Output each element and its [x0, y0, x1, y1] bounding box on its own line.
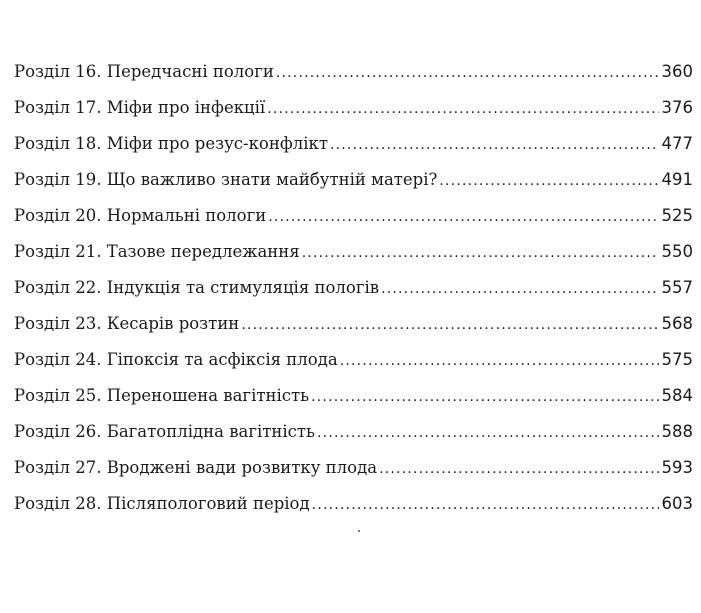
toc-entry: Розділ 28. Післяпологовий період 603 — [14, 490, 693, 526]
toc-page-number: 525 — [659, 202, 694, 230]
toc-page-number: 593 — [659, 454, 694, 482]
toc-entry-title: Розділ 26. Багатоплідна вагітність — [14, 418, 317, 446]
toc-entry: Розділ 17. Міфи про інфекції 376 — [14, 94, 693, 130]
table-of-contents: Розділ 16. Передчасні пологи 360 Розділ … — [14, 58, 693, 526]
toc-entry-title: Розділ 22. Індукція та стимуляція пологі… — [14, 274, 381, 302]
toc-page-number: 557 — [659, 274, 694, 302]
dot-leader — [379, 455, 658, 483]
toc-entry: Розділ 16. Передчасні пологи 360 — [14, 58, 693, 94]
toc-entry: Розділ 22. Індукція та стимуляція пологі… — [14, 274, 693, 310]
scan-speck — [358, 530, 360, 532]
dot-leader — [241, 311, 658, 339]
toc-entry-title: Розділ 16. Передчасні пологи — [14, 58, 276, 86]
toc-entry-title: Розділ 28. Післяпологовий період — [14, 490, 312, 518]
toc-page-number: 477 — [659, 130, 694, 158]
toc-page-number: 376 — [659, 94, 694, 122]
dot-leader — [276, 59, 659, 87]
dot-leader — [340, 347, 659, 375]
dot-leader — [381, 275, 658, 303]
dot-leader — [268, 203, 658, 231]
toc-entry-title: Розділ 18. Міфи про резус-конфлікт — [14, 130, 330, 158]
toc-page-number: 588 — [659, 418, 694, 446]
toc-entry: Розділ 23. Кесарів розтин 568 — [14, 310, 693, 346]
toc-entry: Розділ 19. Що важливо знати майбутній ма… — [14, 166, 693, 202]
toc-page-number: 575 — [659, 346, 694, 374]
dot-leader — [317, 419, 658, 447]
toc-entry: Розділ 24. Гіпоксія та асфіксія плода 57… — [14, 346, 693, 382]
toc-entry-title: Розділ 24. Гіпоксія та асфіксія плода — [14, 346, 340, 374]
toc-entry-title: Розділ 19. Що важливо знати майбутній ма… — [14, 166, 439, 194]
dot-leader — [311, 383, 658, 411]
dot-leader — [267, 95, 658, 123]
toc-entry: Розділ 26. Багатоплідна вагітність 588 — [14, 418, 693, 454]
toc-entry-title: Розділ 17. Міфи про інфекції — [14, 94, 267, 122]
toc-entry-title: Розділ 21. Тазове передлежання — [14, 238, 302, 266]
toc-entry: Розділ 25. Переношена вагітність 584 — [14, 382, 693, 418]
toc-page-number: 603 — [659, 490, 694, 518]
toc-page-number: 568 — [659, 310, 694, 338]
toc-page-number: 550 — [659, 238, 694, 266]
toc-entry: Розділ 27. Вроджені вади розвитку плода … — [14, 454, 693, 490]
toc-entry-title: Розділ 27. Вроджені вади розвитку плода — [14, 454, 379, 482]
toc-page-number: 491 — [659, 166, 694, 194]
dot-leader — [302, 239, 659, 267]
toc-page-number: 584 — [659, 382, 694, 410]
toc-page-number: 360 — [659, 58, 694, 86]
toc-entry-title: Розділ 25. Переношена вагітність — [14, 382, 311, 410]
dot-leader — [312, 491, 659, 519]
toc-entry: Розділ 20. Нормальні пологи 525 — [14, 202, 693, 238]
toc-entry-title: Розділ 23. Кесарів розтин — [14, 310, 241, 338]
toc-entry: Розділ 21. Тазове передлежання 550 — [14, 238, 693, 274]
dot-leader — [330, 131, 659, 159]
toc-entry-title: Розділ 20. Нормальні пологи — [14, 202, 268, 230]
dot-leader — [439, 167, 658, 195]
toc-entry: Розділ 18. Міфи про резус-конфлікт 477 — [14, 130, 693, 166]
